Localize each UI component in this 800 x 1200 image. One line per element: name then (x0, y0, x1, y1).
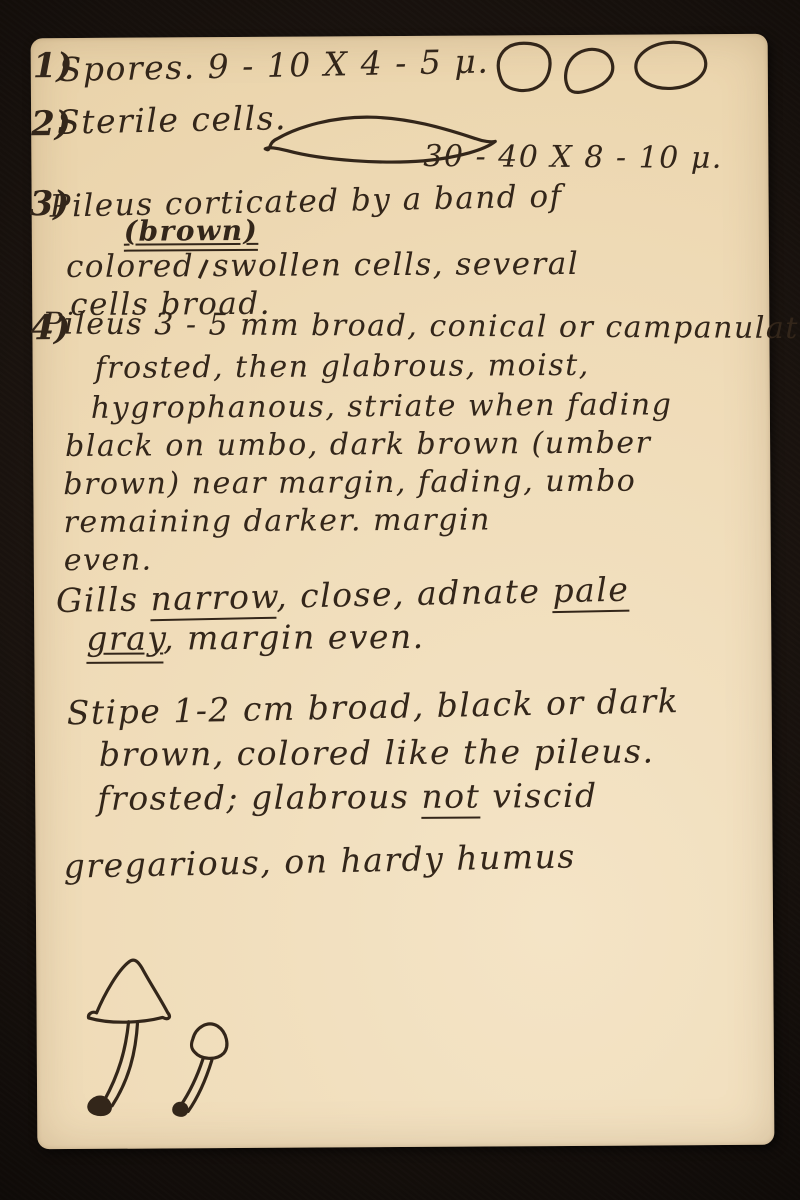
spores-text: Spores. 9 - 10 X 4 - 5 μ. (58, 44, 489, 86)
pileus-line3: hygrophanous, striate when fading (91, 390, 673, 424)
pileus-line5: brown) near margin, fading, umbo (63, 467, 636, 500)
spore-outline-drawings-icon (491, 36, 713, 103)
mushroom-sketches-icon (76, 953, 277, 1134)
sterile-cells-text: Sterile cells. (57, 101, 287, 139)
pileus-line4: black on umbo, dark brown (umber (65, 428, 651, 462)
pileus-cortication-line2: coloredswollen cells, several (66, 249, 579, 283)
pileus-line7: even. (64, 546, 153, 577)
gills-line1: Gills narrow, close, adnate pale (56, 573, 630, 618)
stipe-line2: brown, colored like the pileus. (99, 734, 655, 770)
pileus-line1: Pileus 3 - 5 mm broad, conical or campan… (42, 309, 800, 344)
stipe-line3: frosted; glabrous not viscid (97, 779, 598, 815)
note-card: 1) Spores. 9 - 10 X 4 - 5 μ. 2) Sterile … (31, 34, 775, 1149)
gills-line2: gray, margin even. (86, 620, 425, 655)
stipe-line1: Stipe 1-2 cm broad, black or dark (66, 684, 679, 729)
insertion-caret-mark (198, 259, 208, 278)
pileus-line6: remaining darker. margin (63, 505, 490, 538)
brown-insertion: (brown) (124, 217, 259, 252)
photo-of-notecard: { "colors": { "background": "#18110d", "… (0, 0, 800, 1200)
sterile-cell-size: 30 - 40 X 8 - 10 μ. (423, 142, 723, 174)
stipe-line4: gregarious, on hardy humus (63, 839, 576, 882)
pileus-line2: frosted, then glabrous, moist, (95, 351, 590, 384)
